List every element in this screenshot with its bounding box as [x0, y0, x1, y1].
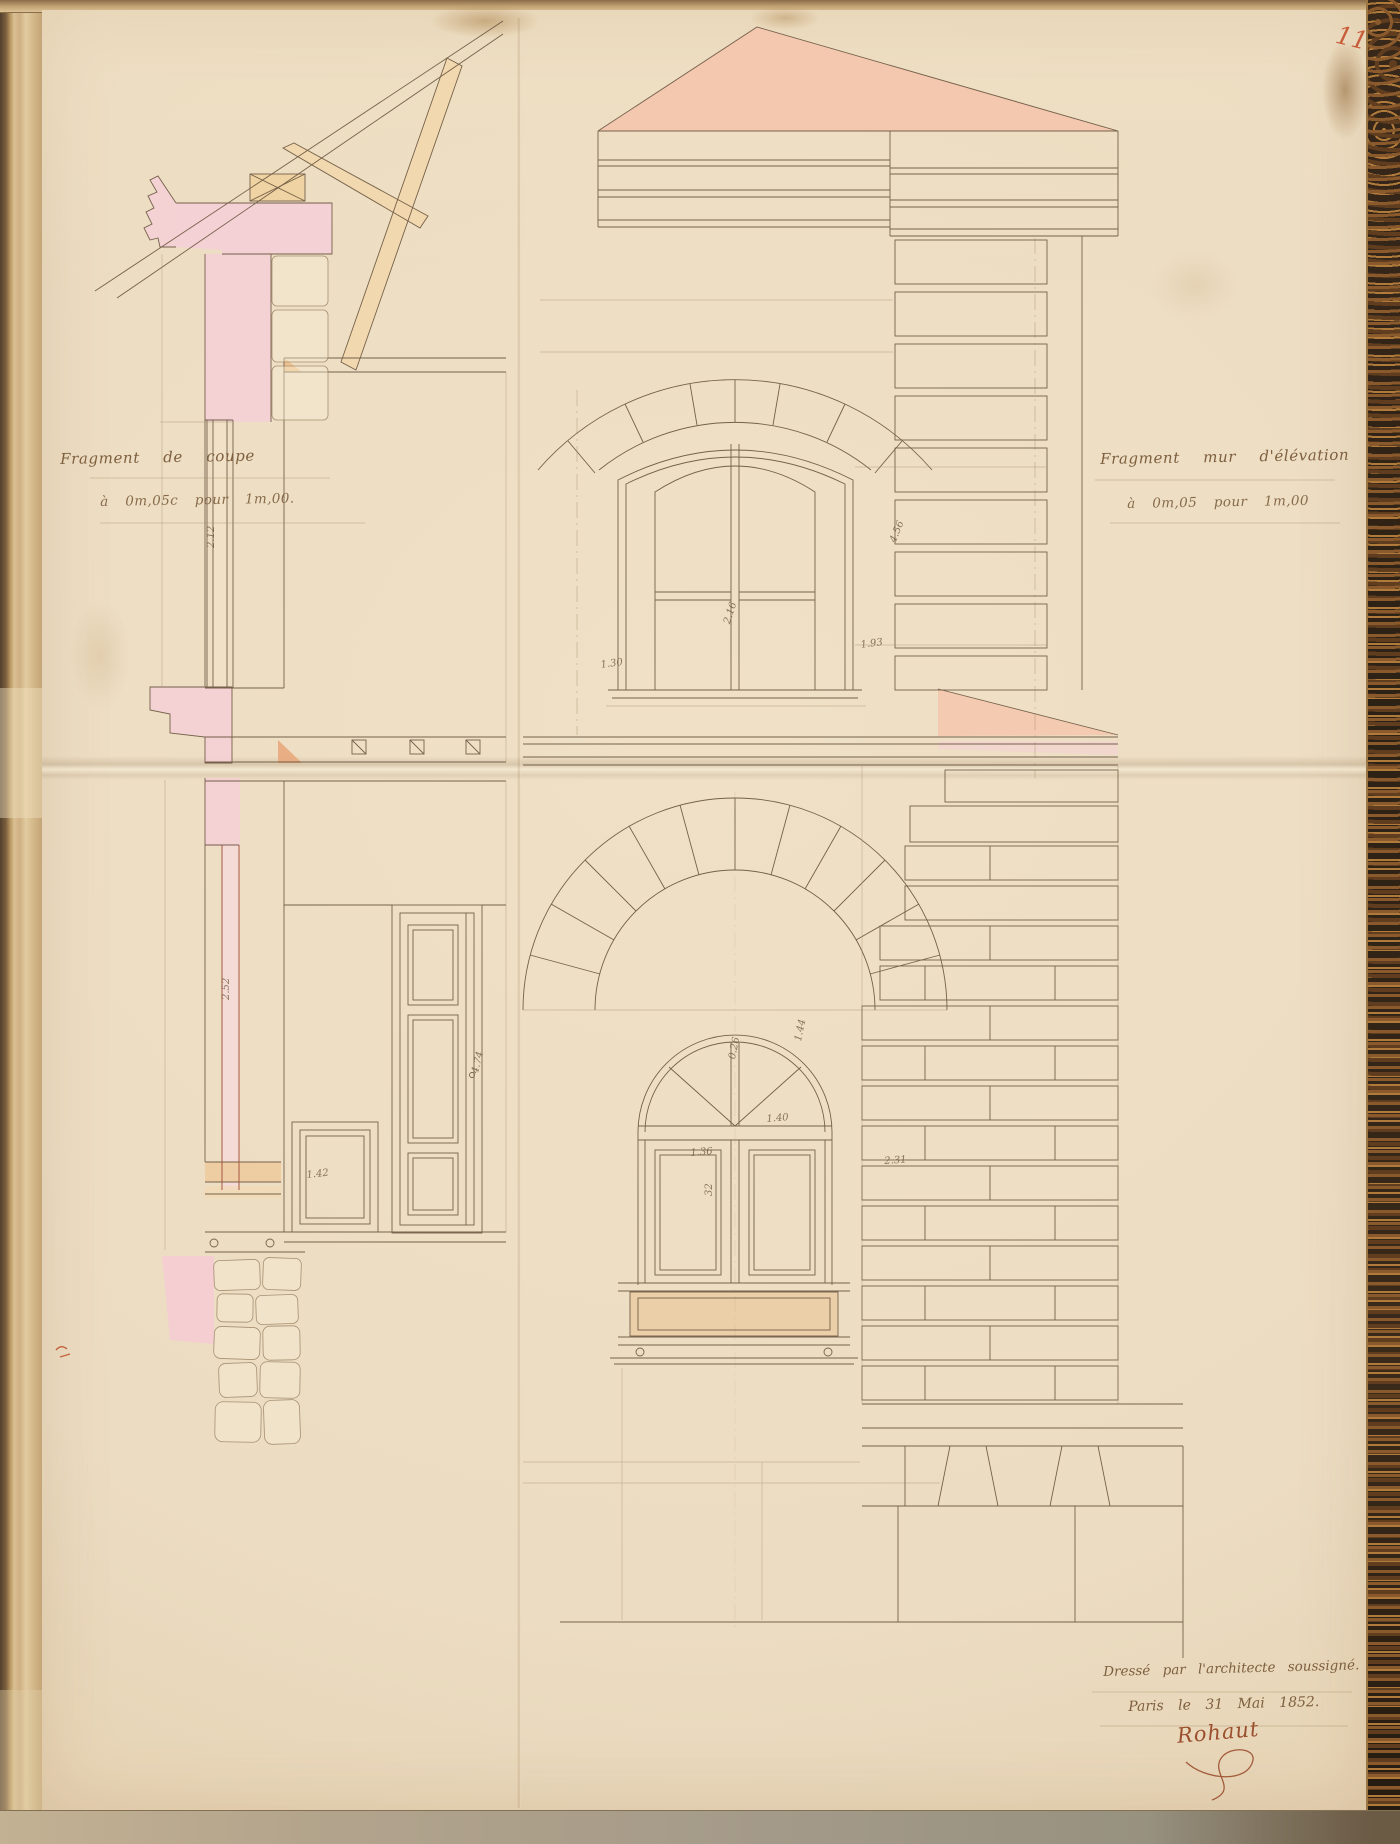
left-drawing-title: Fragment de coupe [60, 447, 255, 468]
left-drawing-scale: à 0m,05c pour 1m,00. [100, 491, 295, 510]
dimension-annotation: 1.40 [766, 1112, 789, 1125]
dimension-annotation: 1.36 [690, 1146, 713, 1159]
dimension-annotation: 2.12 [206, 526, 217, 548]
dimension-annotation: 32 [704, 1183, 715, 1196]
scanned-album-photo: Fragment de coupe à 0m,05c pour 1m,00. F… [0, 0, 1400, 1844]
book-page-edges-bottom [0, 1810, 1400, 1844]
right-drawing-scale: à 0m,05 pour 1m,00 [1127, 493, 1309, 512]
book-binding-marbled [1366, 0, 1400, 1844]
dimension-annotation: 2.31 [884, 1154, 907, 1167]
dimension-annotation: 2.52 [221, 978, 232, 1000]
dimension-annotation: 1.42 [306, 1168, 329, 1181]
architectural-drawing [0, 0, 1400, 1844]
